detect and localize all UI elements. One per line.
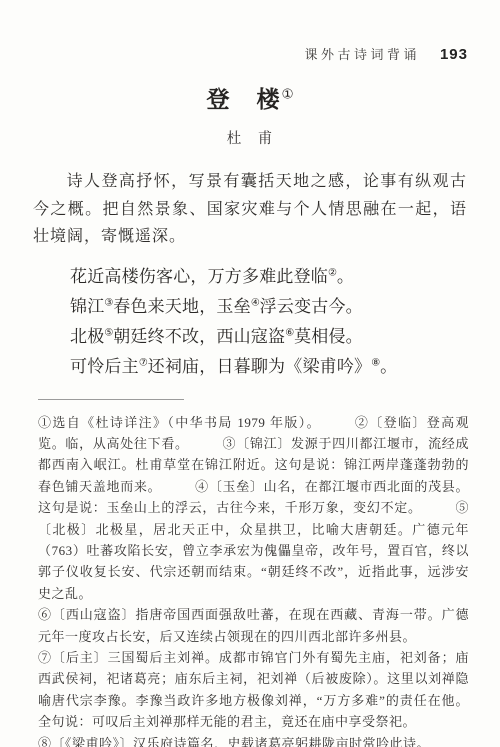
section-title: 课外古诗词背诵 [304, 44, 420, 63]
poem-title-text: 登 楼 [207, 87, 282, 112]
running-head: 课外古诗词背诵 193 [304, 44, 468, 63]
footnote-6: ⑥〔西山寇盗〕指唐帝国西面强敌吐蕃，在现在西藏、青海一带。广德元年一度攻占长安，… [38, 607, 469, 643]
footnote-8: ⑧〔《梁甫吟》〕汉乐府诗篇名，史载诸葛亮躬耕陇亩时常吟此诗。 [38, 736, 430, 747]
footnote-divider [38, 399, 184, 400]
footnote-paragraph-2: ⑥〔西山寇盗〕指唐帝国西面强敌吐蕃，在现在西藏、青海一带。广德元年一度攻占长安，… [38, 604, 469, 647]
textbook-page: 课外古诗词背诵 193 登 楼① 杜 甫 诗人登高抒怀，写景有囊括天地之感，论事… [0, 0, 500, 747]
poem-line-4: 可怜后主⑦还祠庙，日暮聊为《梁甫吟》⑧。 [70, 352, 500, 382]
footnote-1: ①选自《杜诗详注》（中华书局 1979 年版）。 [38, 415, 321, 430]
poem-line-1: 花近高楼伤客心，万方多难此登临②。 [70, 262, 500, 292]
poem-line-3: 北极⑤朝廷终不改，西山寇盗⑥莫相侵。 [70, 322, 500, 352]
poem-title: 登 楼① [0, 87, 500, 113]
poem-author: 杜 甫 [0, 127, 500, 148]
footnote-paragraph-3: ⑦〔后主〕三国蜀后主刘禅。成都市锦官门外有蜀先主庙，祀刘备；庙西武侯祠，祀诸葛亮… [38, 647, 469, 733]
page-number: 193 [440, 46, 468, 63]
intro-paragraph: 诗人登高抒怀，写景有囊括天地之感，论事有纵观古今之概。把自然景象、国家灾难与个人… [33, 168, 467, 251]
footnote-5: ⑤〔北极〕北极星，居北天正中，众星拱卫，比喻大唐朝廷。广德元年（763）吐蕃攻陷… [38, 500, 469, 601]
footnotes-section: ①选自《杜诗详注》（中华书局 1979 年版）。②〔登临〕登高观览。临，从高处往… [38, 412, 469, 747]
poem-line-2: 锦江③春色来天地，玉垒④浮云变古今。 [70, 292, 500, 322]
footnote-7: ⑦〔后主〕三国蜀后主刘禅。成都市锦官门外有蜀先主庙，祀刘备；庙西武侯祠，祀诸葛亮… [38, 650, 469, 729]
footnote-paragraph-4: ⑧〔《梁甫吟》〕汉乐府诗篇名，史载诸葛亮躬耕陇亩时常吟此诗。 [38, 733, 469, 747]
poem-body: 花近高楼伤客心，万方多难此登临②。 锦江③春色来天地，玉垒④浮云变古今。 北极⑤… [70, 262, 500, 382]
poem-title-footnote-ref: ① [282, 86, 294, 101]
footnote-paragraph-1: ①选自《杜诗详注》（中华书局 1979 年版）。②〔登临〕登高观览。临，从高处往… [38, 412, 469, 605]
